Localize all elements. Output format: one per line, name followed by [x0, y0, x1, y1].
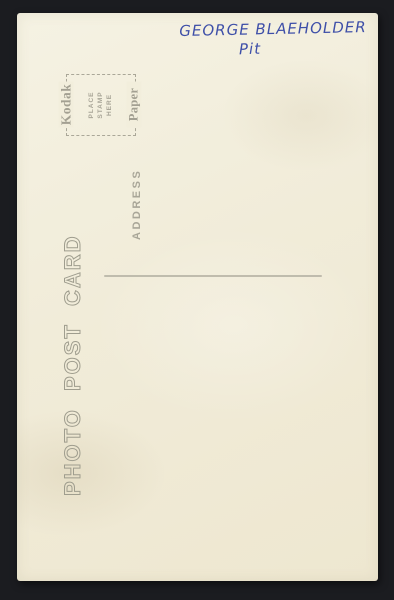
photo-post-card-label: PHOTO POST CARD — [60, 272, 86, 496]
handwritten-name: GEORGE BLAEHOLDER — [167, 18, 379, 40]
paper-label: Paper — [127, 82, 142, 128]
kodak-stamp-box: Kodak PLACE STAMP HERE Paper — [66, 74, 136, 136]
scan-background: { "scene": { "background_color": "#1b1c2… — [0, 0, 394, 600]
postcard-back: GEORGE BLAEHOLDER Pit Kodak PLACE STAMP … — [17, 13, 378, 581]
stamp-line-place: PLACE — [87, 87, 96, 123]
kodak-brand-label: Kodak — [59, 82, 74, 128]
place-stamp-here-label: PLACE STAMP HERE — [87, 87, 115, 123]
address-label: ADDRESS — [130, 170, 144, 240]
stamp-line-here: HERE — [105, 87, 114, 123]
stamp-line-stamp: STAMP — [96, 87, 105, 123]
handwritten-team: Pit — [219, 39, 282, 59]
address-divider-line — [104, 275, 322, 277]
